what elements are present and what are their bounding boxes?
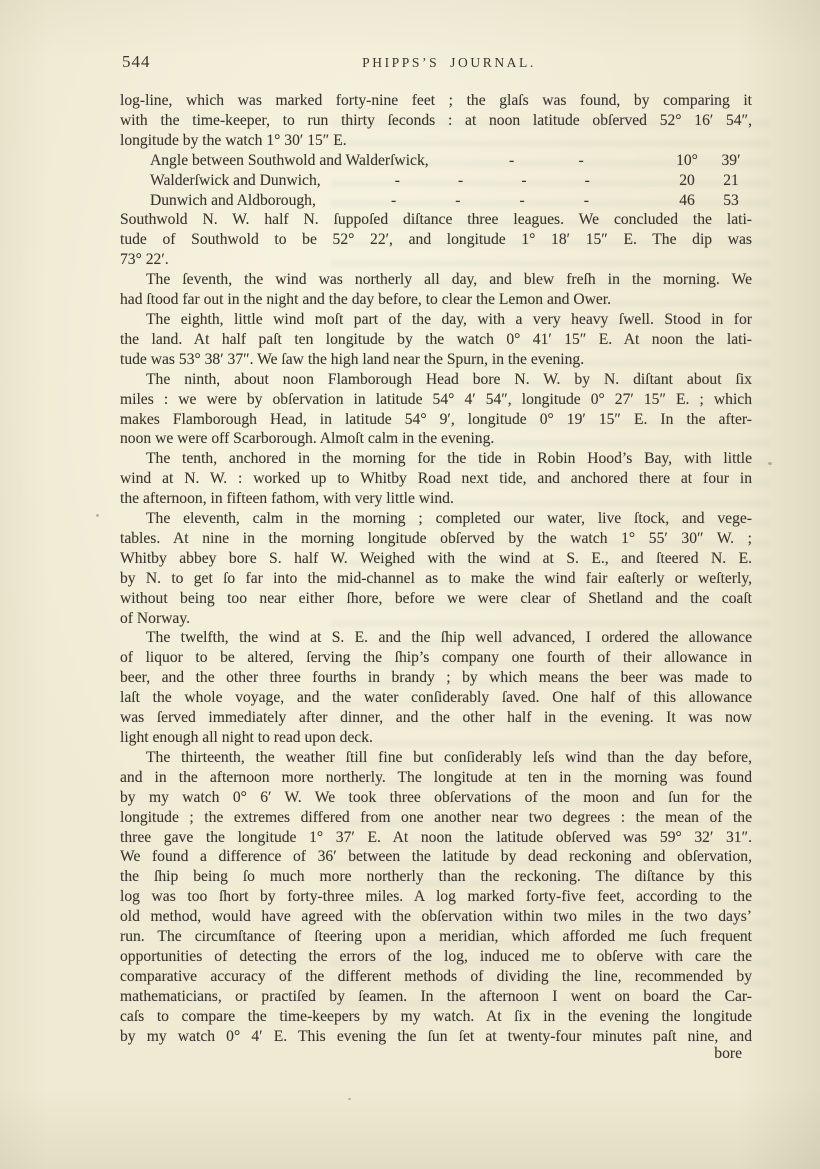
paper-speck	[96, 514, 99, 517]
text-line: The eleventh, calm in the morning ; comp…	[120, 509, 752, 529]
text-line: The ninth, about noon Flamborough Head b…	[120, 370, 752, 390]
text-line: longitude ; the extremes differed from o…	[120, 808, 752, 828]
text-line: miles : we were by obſervation in latitu…	[120, 390, 752, 410]
angle-minutes: 21	[710, 171, 752, 191]
text-line: with the time-keeper, to run thirty ſeco…	[120, 111, 752, 131]
text-line: run. The circumſtance of ſteering upon a…	[120, 927, 752, 947]
text-line: Whitby abbey bore S. half W. Weighed wit…	[120, 549, 752, 569]
text-line: log was too ſhort by forty-three miles. …	[120, 887, 752, 907]
leader-dashes: ----	[321, 171, 664, 191]
text-line: of liquor to be altered, ſerving the ſhi…	[120, 648, 752, 668]
angle-table-row: Walderſwick and Dunwich,----2021	[120, 171, 752, 191]
text-line: caſs to compare the time-keepers by my w…	[120, 1007, 752, 1027]
text-line: had ſtood far out in the night and the d…	[120, 290, 752, 310]
paper-speck	[348, 1098, 351, 1100]
book-page: 544 PHIPPS’S JOURNAL. log-line, which wa…	[0, 0, 820, 1169]
text-line: and in the afternoon more northerly. The…	[120, 768, 752, 788]
text-line: The twelfth, the wind at S. E. and the ſ…	[120, 628, 752, 648]
angle-degrees: 46	[664, 191, 710, 211]
text-line: opportunities of detecting the errors of…	[120, 947, 752, 967]
text-line: tables. At nine in the morning longitude…	[120, 529, 752, 549]
angle-minutes: 39′	[710, 151, 752, 171]
angle-label: Walderſwick and Dunwich,	[150, 171, 321, 191]
text-line: light enough all night to read upon deck…	[120, 728, 752, 748]
angle-label: Dunwich and Aldborough,	[150, 191, 316, 211]
text-line: the ſhip being ſo much more northerly th…	[120, 867, 752, 887]
text-line: the land. At half paſt ten longitude by …	[120, 330, 752, 350]
angle-table-row: Dunwich and Aldborough,----4653	[120, 191, 752, 211]
text-line: tude was 53° 38′ 37″. We ſaw the high la…	[120, 350, 752, 370]
text-line: old method, would have agreed with the o…	[120, 907, 752, 927]
leader-dashes: ----	[316, 191, 664, 211]
text-line: without being too near either ſhore, bef…	[120, 589, 752, 609]
text-line: beer, and the other three fourths in bra…	[120, 668, 752, 688]
angle-minutes: 53	[710, 191, 752, 211]
angle-degrees: 20	[664, 171, 710, 191]
text-line: laſt the whole voyage, and the water con…	[120, 688, 752, 708]
angle-degrees: 10°	[664, 151, 710, 171]
text-line: Southwold N. W. half N. ſuppoſed diſtanc…	[120, 210, 752, 230]
text-line: The ſeventh, the wind was northerly all …	[120, 270, 752, 290]
text-line: of Norway.	[120, 609, 752, 629]
leader-dashes: --	[429, 151, 664, 171]
text-line: the afternoon, in fifteen fathom, with v…	[120, 489, 752, 509]
text-line: noon we were off Scarborough. Almoſt cal…	[120, 429, 752, 449]
text-line: by N. to get ſo far into the mid-channel…	[120, 569, 752, 589]
paper-speck	[768, 462, 772, 465]
text-line: We found a difference of 36′ between the…	[120, 847, 752, 867]
angle-label: Angle between Southwold and Walderſwick,	[150, 151, 429, 171]
angle-table-row: Angle between Southwold and Walderſwick,…	[120, 151, 752, 171]
text-line: makes Flamborough Head, in latitude 54° …	[120, 410, 752, 430]
text-line: log-line, which was marked forty-nine fe…	[120, 91, 752, 111]
text-line: wind at N. W. : worked up to Whitby Road…	[120, 469, 752, 489]
text-line: comparative accuracy of the different me…	[120, 967, 752, 987]
page-header: 544 PHIPPS’S JOURNAL.	[120, 52, 748, 74]
text-line: The eighth, little wind moſt part of the…	[120, 310, 752, 330]
text-line: mathematicians, or practiſed by ſeamen. …	[120, 987, 752, 1007]
catchword: bore	[714, 1044, 742, 1064]
text-line: tude of Southwold to be 52° 22′, and lon…	[120, 230, 752, 250]
text-line: three gave the longitude 1° 37′ E. At no…	[120, 828, 752, 848]
text-line: 73° 22′.	[120, 250, 752, 270]
text-line: by my watch 0° 4′ E. This evening the ſu…	[120, 1027, 752, 1047]
text-line: The tenth, anchored in the morning for t…	[120, 449, 752, 469]
text-line: by my watch 0° 6′ W. We took three obſer…	[120, 788, 752, 808]
body-text: log-line, which was marked forty-nine fe…	[120, 91, 752, 1047]
text-line: longitude by the watch 1° 30′ 15″ E.	[120, 131, 752, 151]
text-line: was ſerved immediately after dinner, and…	[120, 708, 752, 728]
text-line: The thirteenth, the weather ſtill fine b…	[120, 748, 752, 768]
running-title: PHIPPS’S JOURNAL.	[120, 55, 748, 71]
